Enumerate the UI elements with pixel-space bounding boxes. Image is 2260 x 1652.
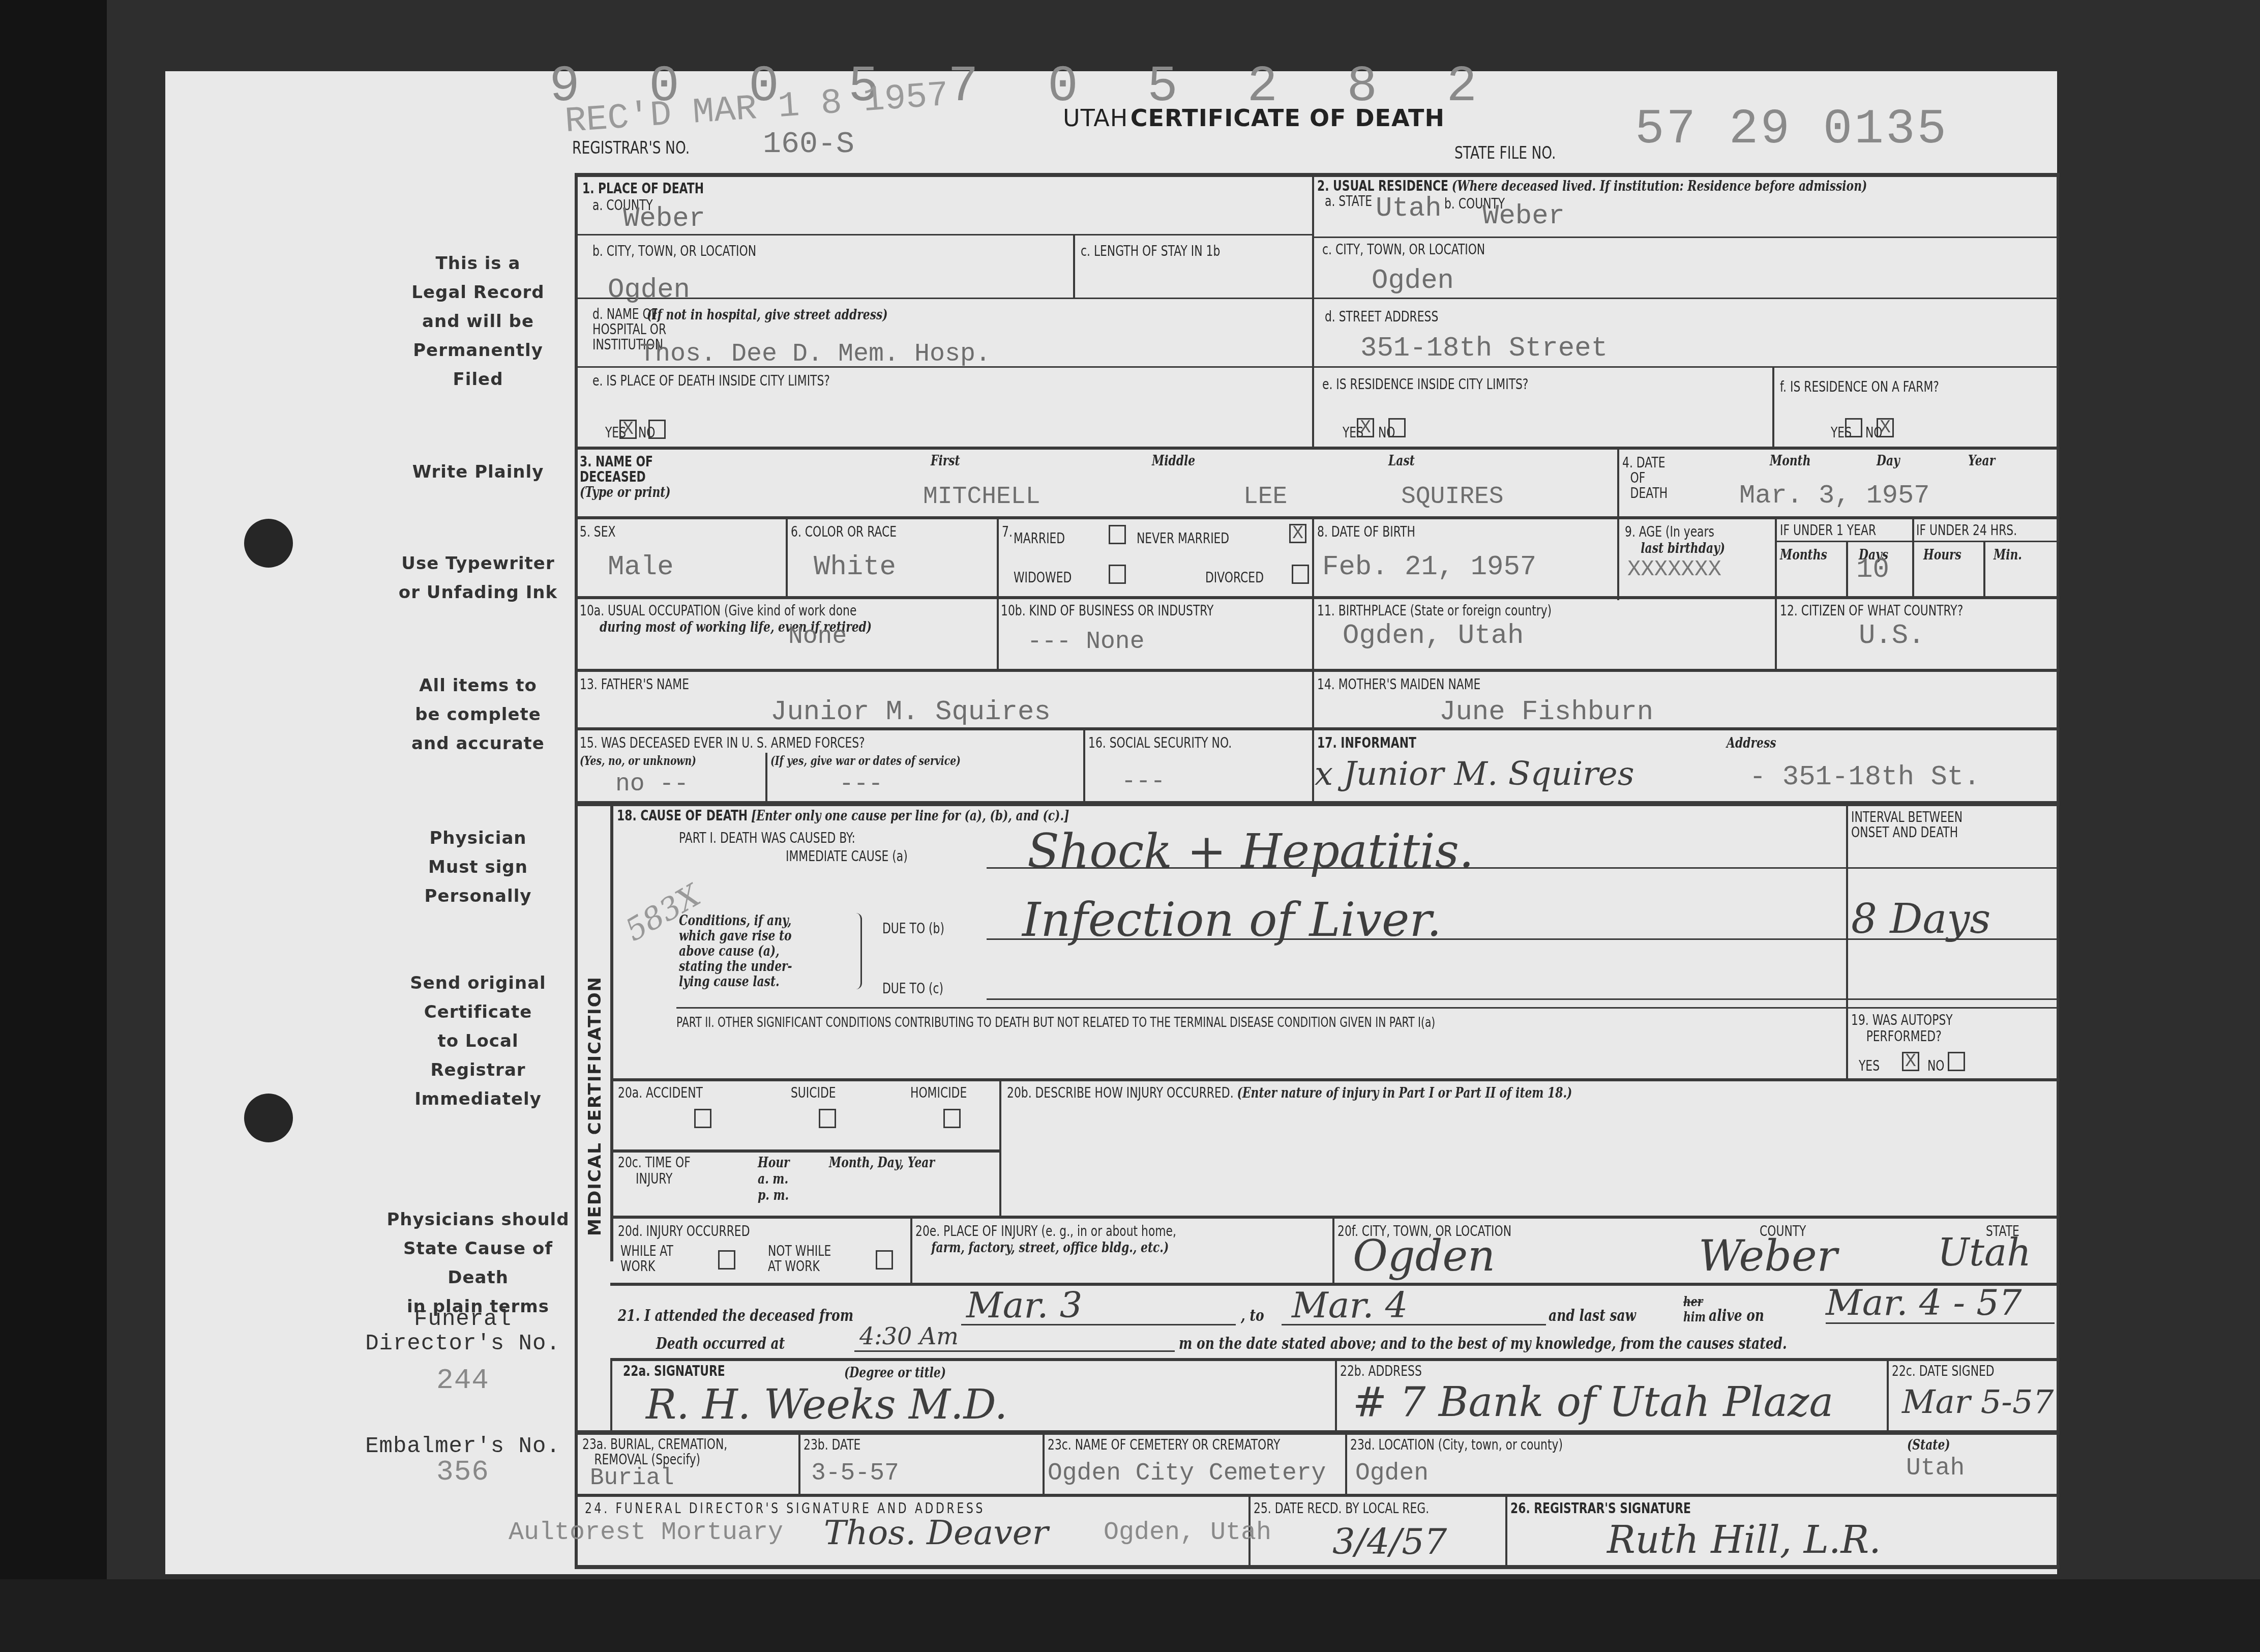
first-name[interactable]: MITCHELL	[923, 483, 1040, 511]
armed-forces-label: 15. WAS DECEASED EVER IN U. S. ARMED FOR…	[580, 735, 865, 751]
death-occurred-statement: m on the date stated above; and to the b…	[1179, 1335, 1787, 1351]
not-while-at-work-checkbox[interactable]	[876, 1250, 893, 1270]
place-of-injury-label: 20e. PLACE OF INJURY (e. g., in or about…	[915, 1223, 1176, 1256]
state-file-no: 57 29 0135	[1635, 102, 1948, 157]
never-married-checkbox[interactable]: X	[1289, 524, 1306, 543]
col-line	[1043, 1432, 1045, 1495]
col-line	[1073, 234, 1075, 298]
registrar-signature-label: 26. REGISTRAR'S SIGNATURE	[1510, 1500, 1691, 1517]
mother-maiden-name[interactable]: June Fishburn	[1439, 697, 1653, 728]
farm-yes-checkbox[interactable]	[1845, 418, 1862, 437]
min-label: Min.	[1994, 547, 2022, 563]
usual-residence-label: 2. USUAL RESIDENCE (Where deceased lived…	[1317, 178, 1867, 194]
physician-address-label: 22b. ADDRESS	[1340, 1363, 1422, 1379]
physician-signature[interactable]: R. H. Weeks M.D.	[646, 1381, 1007, 1428]
middle-name[interactable]: LEE	[1243, 483, 1287, 511]
state-file-label: STATE FILE NO.	[1454, 145, 1556, 161]
death-date[interactable]: Mar. 3, 1957	[1739, 481, 1929, 511]
under-24h-label: IF UNDER 24 HRS.	[1916, 522, 2017, 539]
frame-bottom	[575, 1565, 2060, 1569]
burial-date-label: 23b. DATE	[804, 1437, 860, 1453]
col-line	[1083, 727, 1085, 801]
hole-punch-bottom	[244, 1094, 293, 1142]
describe-injury-label: 20b. DESCRIBE HOW INJURY OCCURRED. (Ente…	[1007, 1085, 1572, 1101]
last-label: Last	[1388, 453, 1415, 469]
age-label: 9. AGE (In yearslast birthday)	[1625, 524, 1725, 556]
immediate-cause-label: IMMEDIATE CAUSE (a)	[786, 848, 908, 865]
age-years[interactable]: XXXXXXX	[1627, 557, 1721, 582]
death-county[interactable]: Weber	[623, 203, 705, 234]
date-signed-label: 22c. DATE SIGNED	[1892, 1363, 1995, 1379]
col-line	[1887, 1358, 1889, 1432]
row-line	[1312, 237, 2060, 238]
underline-death-time	[854, 1350, 1175, 1352]
due-to-c-label: DUE TO (c)	[882, 981, 943, 997]
autopsy-label: 19. WAS AUTOPSYPERFORMED?	[1851, 1012, 1953, 1045]
not-while-at-work-label: NOT WHILEAT WORK	[768, 1244, 831, 1274]
cemetery-name[interactable]: Ogden City Cemetery	[1048, 1460, 1326, 1487]
hospital-hint: (If not in hospital, give street address…	[647, 307, 888, 323]
funeral-director-no-label: FuneralDirector's No.	[356, 1307, 570, 1356]
col-line	[786, 516, 788, 598]
farm-no-checkbox[interactable]: X	[1877, 418, 1894, 437]
embalmer-no-label: Embalmer's No.	[356, 1434, 570, 1459]
mother-label: 14. MOTHER'S MAIDEN NAME	[1317, 676, 1480, 693]
col-line	[798, 1432, 800, 1495]
month-label: Month	[1770, 453, 1811, 469]
date-recd[interactable]: 3/4/57	[1332, 1521, 1447, 1562]
no-label: NO	[1927, 1058, 1945, 1074]
date-of-birth[interactable]: Feb. 21, 1957	[1322, 552, 1536, 583]
res-county[interactable]: Weber	[1482, 201, 1565, 232]
divorced-label: DIVORCED	[1205, 570, 1264, 586]
title-main: CERTIFICATE OF DEATH	[1131, 104, 1445, 132]
burial-location-label: 23d. LOCATION (City, town, or county)	[1350, 1437, 1563, 1453]
res-state-label: a. STATE	[1325, 193, 1372, 210]
death-date-label: 4. DATEOFDEATH	[1622, 455, 1668, 501]
burial-state-label: (State)	[1907, 1437, 1950, 1453]
row-line	[610, 1078, 2060, 1081]
race[interactable]: White	[814, 552, 896, 583]
date-signed[interactable]: Mar 5-57	[1902, 1383, 2054, 1421]
attended-from[interactable]: Mar. 3	[966, 1284, 1082, 1326]
col-line	[1345, 1432, 1347, 1495]
last-saw-text: and last saw	[1549, 1307, 1636, 1323]
row-line	[610, 1149, 999, 1153]
medical-band-border	[610, 804, 613, 1261]
burial-date[interactable]: 3-5-57	[811, 1460, 899, 1487]
length-of-stay-label: c. LENGTH OF STAY IN 1b	[1081, 243, 1220, 259]
note-send-original: Send originalCertificateto LocalRegistra…	[392, 969, 564, 1114]
her-him-text: herhim	[1683, 1294, 1706, 1325]
homicide-checkbox[interactable]	[943, 1109, 961, 1128]
conditions-label: Conditions, if any,which gave rise toabo…	[679, 913, 792, 989]
registrar-signature[interactable]: Ruth Hill, L.R.	[1607, 1518, 1881, 1562]
col-line	[1335, 1358, 1337, 1432]
cemetery-label: 23c. NAME OF CEMETERY OR CREMATORY	[1048, 1437, 1280, 1453]
row-line	[575, 669, 2060, 672]
immediate-cause[interactable]: Shock + Hepatitis.	[1027, 824, 1474, 878]
armed-sub2: (If yes, give war or dates of service)	[770, 753, 961, 769]
marital-label: 7.	[1002, 524, 1013, 540]
row-line	[575, 447, 2060, 450]
conditions-bracket	[854, 913, 862, 989]
sex[interactable]: Male	[608, 552, 674, 583]
embalmer-no: 356	[356, 1460, 570, 1484]
injury-county[interactable]: Weber	[1699, 1231, 1837, 1281]
middle-label: Middle	[1152, 453, 1195, 469]
row-line	[575, 801, 2060, 806]
dob-label: 8. DATE OF BIRTH	[1317, 524, 1415, 540]
armed-sub1: (Yes, no, or unknown)	[580, 753, 696, 769]
physician-address[interactable]: # 7 Bank of Utah Plaza	[1353, 1378, 1833, 1426]
page-title: UTAH CERTIFICATE OF DEATH	[1063, 104, 1445, 132]
row-line	[575, 298, 2060, 299]
divorced-checkbox[interactable]	[1292, 565, 1309, 584]
row-line	[575, 1494, 2060, 1497]
res-city-limits-label: e. IS RESIDENCE INSIDE CITY LIMITS?	[1322, 376, 1528, 393]
sex-label: 5. SEX	[580, 524, 615, 540]
injury-occurred-label: 20d. INJURY OCCURRED	[618, 1223, 750, 1240]
death-time[interactable]: 4:30 Am	[859, 1322, 959, 1350]
hours-label: Hours	[1923, 547, 1961, 563]
day-label: Day	[1877, 453, 1900, 469]
res-city-limits-no-checkbox[interactable]	[1388, 418, 1406, 437]
hour-am-pm-labels: Houra. m.p. m.	[758, 1155, 790, 1203]
armed-service[interactable]: ---	[839, 771, 883, 798]
cause-of-death-label: 18. CAUSE OF DEATH [Enter only one cause…	[617, 808, 1069, 824]
never-married-label: NEVER MARRIED	[1137, 530, 1229, 547]
informant-signature[interactable]: x Junior M. Squires	[1315, 755, 1634, 793]
col-line	[1332, 1216, 1334, 1284]
col-line	[610, 1358, 612, 1432]
frame-left	[575, 173, 578, 1569]
widowed-checkbox[interactable]	[1109, 565, 1126, 584]
col-line	[1617, 448, 1619, 600]
autopsy-no-checkbox[interactable]	[1948, 1052, 1965, 1071]
part1-label: PART I. DEATH WAS CAUSED BY:	[679, 830, 855, 846]
res-city[interactable]: Ogden	[1372, 265, 1454, 297]
ssn-label: 16. SOCIAL SECURITY NO.	[1088, 735, 1232, 751]
row-line	[575, 516, 2060, 519]
yes-label: YES	[1859, 1058, 1880, 1074]
occupation[interactable]: None	[788, 623, 847, 651]
accident-label: 20a. ACCIDENT	[618, 1085, 703, 1101]
col-line	[1846, 806, 1848, 1081]
death-city[interactable]: Ogden	[608, 275, 690, 306]
injury-state[interactable]: Utah	[1938, 1231, 2031, 1275]
funeral-director-signature[interactable]: Thos. Deaver	[824, 1513, 1048, 1552]
col-line	[999, 1078, 1001, 1216]
res-city-limits-yes-checkbox[interactable]: X	[1357, 418, 1374, 437]
row-line	[575, 1430, 2060, 1435]
note-physician-sign: PhysicianMust signPersonally	[392, 824, 564, 911]
attended-from-text: 21. I attended the deceased from	[618, 1307, 853, 1323]
note-items-complete: All items tobe completeand accurate	[392, 671, 564, 758]
registrar-no: 160-S	[763, 127, 854, 162]
registrar-no-label: REGISTRAR'S NO.	[572, 140, 690, 156]
col-line	[997, 516, 999, 598]
city-limits-no-checkbox[interactable]	[648, 420, 666, 439]
informant-address-label: Address	[1727, 735, 1776, 751]
col-line	[1846, 542, 1848, 598]
informant-address[interactable]: - 351-18th St.	[1749, 762, 1980, 793]
title-prefix: UTAH	[1063, 104, 1128, 132]
suicide-checkbox[interactable]	[819, 1109, 836, 1128]
city-limits-label: e. IS PLACE OF DEATH INSIDE CITY LIMITS?	[592, 373, 830, 389]
while-at-work-checkbox[interactable]	[718, 1250, 735, 1270]
scan-edge-bottom	[0, 1579, 2260, 1652]
citizen[interactable]: U.S.	[1859, 621, 1925, 652]
months-label: Months	[1780, 547, 1827, 563]
col-line	[1775, 516, 1777, 669]
note-legal-record: This is aLegal Recordand will bePermanen…	[392, 249, 564, 394]
place-of-death-label: 1. PLACE OF DEATH	[582, 181, 704, 197]
father-label: 13. FATHER'S NAME	[580, 676, 689, 693]
year-label: Year	[1968, 453, 1995, 469]
burial-state[interactable]: Utah	[1906, 1455, 1965, 1482]
widowed-label: WIDOWED	[1014, 570, 1072, 586]
burial-method[interactable]: Burial	[590, 1465, 674, 1491]
homicide-label: HOMICIDE	[910, 1085, 967, 1101]
funeral-director-no: 244	[356, 1368, 570, 1393]
informant-label: 17. INFORMANT	[1317, 735, 1416, 751]
row-line	[575, 596, 2060, 599]
interval-label: INTERVAL BETWEENONSET AND DEATH	[1851, 810, 1962, 840]
col-line	[997, 596, 999, 670]
last-name[interactable]: SQUIRES	[1401, 483, 1504, 511]
col-line	[1312, 516, 1314, 801]
suicide-label: SUICIDE	[791, 1085, 836, 1101]
divider-1-2	[1312, 173, 1314, 448]
signature-label: 22a. SIGNATURE	[623, 1363, 725, 1379]
attended-to[interactable]: Mar. 4	[1292, 1284, 1408, 1326]
col-line	[1912, 516, 1914, 598]
line-cause-c	[987, 998, 2060, 1000]
hole-punch-top	[244, 519, 293, 568]
medical-certification-label: MEDICAL CERTIFICATION	[585, 976, 605, 1236]
degree-label: (Degree or title)	[844, 1365, 946, 1381]
res-street-label: d. STREET ADDRESS	[1325, 309, 1438, 325]
last-seen-date[interactable]: Mar. 4 - 57	[1826, 1282, 2021, 1323]
birthplace[interactable]: Ogden, Utah	[1343, 621, 1524, 652]
burial-location[interactable]: Ogden	[1355, 1460, 1429, 1487]
month-day-year-label: Month, Day, Year	[829, 1155, 935, 1171]
note-cause-plain-terms: Physicians shouldState Cause of Deathin …	[376, 1205, 580, 1321]
to-text: , to	[1241, 1307, 1264, 1323]
hospital-name[interactable]: Thos. Dee D. Mem. Hosp.	[640, 340, 991, 369]
first-label: First	[931, 453, 960, 469]
autopsy-yes-checkbox[interactable]: X	[1902, 1052, 1919, 1071]
married-checkbox[interactable]	[1109, 525, 1126, 544]
row-line	[610, 1216, 2060, 1219]
name-label: 3. NAME OFDECEASED(Type or print)	[580, 454, 671, 500]
race-label: 6. COLOR OR RACE	[791, 524, 897, 540]
under-1yr-label: IF UNDER 1 YEAR	[1780, 522, 1876, 539]
while-at-work-label: WHILE ATWORK	[620, 1244, 673, 1274]
farm-label: f. IS RESIDENCE ON A FARM?	[1780, 379, 1939, 395]
father-name[interactable]: Junior M. Squires	[770, 697, 1051, 728]
funeral-home[interactable]: Aultorest Mortuary	[509, 1518, 783, 1547]
col-line	[910, 1216, 912, 1284]
due-to-b-label: DUE TO (b)	[882, 921, 944, 937]
burial-method-label: 23a. BURIAL, CREMATION,REMOVAL (Specify)	[582, 1437, 727, 1467]
col-line	[1983, 542, 1985, 598]
married-label: MARRIED	[1014, 530, 1065, 547]
ssn[interactable]: ---	[1121, 768, 1165, 795]
col-line	[1772, 366, 1774, 448]
injury-city[interactable]: Ogden	[1353, 1231, 1495, 1281]
date-recd-label: 25. DATE RECD. BY LOCAL REG.	[1254, 1500, 1429, 1517]
business-label: 10b. KIND OF BUSINESS OR INDUSTRY	[1001, 603, 1213, 619]
business[interactable]: --- None	[1027, 628, 1144, 656]
funeral-city[interactable]: Ogden, Utah	[1104, 1518, 1271, 1547]
death-occurred-text: Death occurred at	[656, 1335, 785, 1351]
line-part2	[676, 1007, 2060, 1009]
row-line	[1775, 541, 2060, 542]
due-to-b[interactable]: Infection of Liver.	[1022, 893, 1442, 947]
col-line	[765, 753, 767, 801]
res-street[interactable]: 351-18th Street	[1360, 333, 1608, 364]
city-label: b. CITY, TOWN, OR LOCATION	[592, 243, 756, 259]
time-of-injury-label: 20c. TIME OFINJURY	[618, 1155, 691, 1187]
age-days[interactable]: 10	[1856, 554, 1889, 585]
part2-label: PART II. OTHER SIGNIFICANT CONDITIONS CO…	[676, 1015, 1435, 1031]
frame-top	[575, 173, 2060, 177]
scan-edge-left	[0, 0, 107, 1652]
alive-on-text: alive on	[1709, 1307, 1764, 1323]
city-limits-yes-checkbox[interactable]: X	[619, 420, 637, 439]
col-line	[1505, 1495, 1507, 1567]
note-write-plainly: Write Plainly	[392, 458, 564, 487]
res-city-label: c. CITY, TOWN, OR LOCATION	[1322, 242, 1485, 258]
accident-checkbox[interactable]	[694, 1109, 711, 1128]
note-typewriter: Use Typewriteror Unfading Ink	[392, 549, 564, 607]
interval-value[interactable]: 8 Days	[1851, 895, 1990, 942]
res-state[interactable]: Utah	[1376, 193, 1442, 224]
citizen-label: 12. CITIZEN OF WHAT COUNTRY?	[1780, 603, 1963, 619]
birthplace-label: 11. BIRTHPLACE (State or foreign country…	[1317, 603, 1552, 619]
armed-forces[interactable]: no --	[615, 771, 689, 798]
